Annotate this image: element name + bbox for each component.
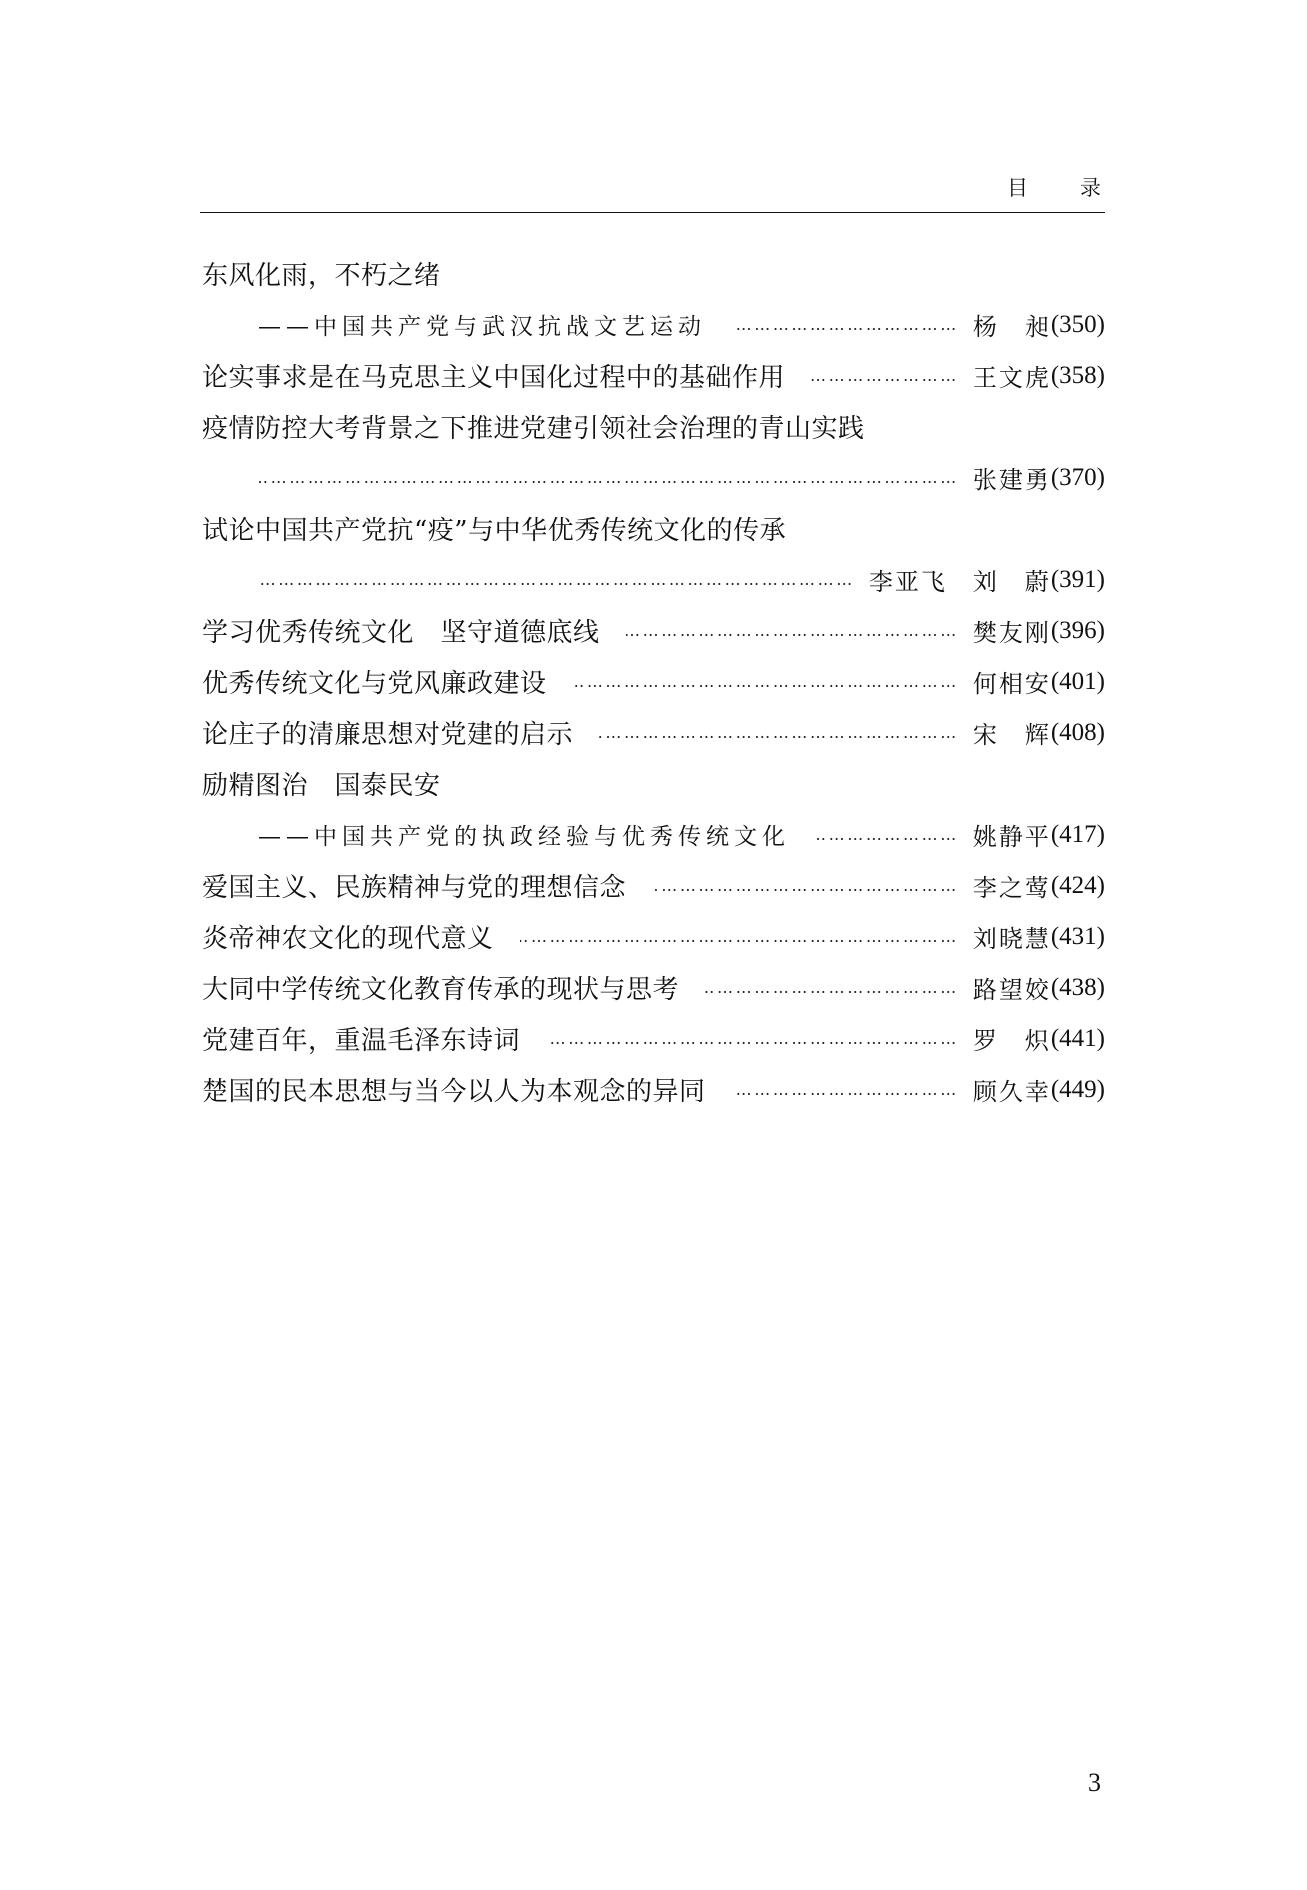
entry-title: 学习优秀传统文化 坚守道德底线 bbox=[202, 612, 600, 649]
page-number: 3 bbox=[1088, 1768, 1101, 1798]
entry-subtitle: ——中国共产党的执政经验与优秀传统文化 bbox=[202, 818, 790, 851]
running-header: 目录 bbox=[200, 168, 1105, 212]
toc-entry[interactable]: 论实事求是在马克思主义中国化过程中的基础作用 ……………………………………………… bbox=[202, 350, 1105, 401]
entry-author: 路望姣 bbox=[973, 970, 1051, 1005]
entry-author: 李亚飞 刘 蔚 bbox=[869, 562, 1051, 597]
toc-entry[interactable]: 学习优秀传统文化 坚守道德底线 ………………………………………………………………… bbox=[202, 605, 1105, 656]
leader-dots: …………………………………………………………………………………………………………… bbox=[626, 621, 959, 640]
entry-title: 疫情防控大考背景之下推进党建引领社会治理的青山实践 bbox=[202, 408, 865, 445]
entry-subtitle: ——中国共产党与武汉抗战文艺运动 bbox=[202, 308, 706, 341]
entry-page: (438) bbox=[1051, 974, 1105, 1002]
entry-page: (391) bbox=[1051, 566, 1105, 594]
toc-entry[interactable]: 党建百年，重温毛泽东诗词 ………………………………………………………………………… bbox=[202, 1013, 1105, 1064]
entry-author: 顾久幸 bbox=[973, 1072, 1051, 1107]
toc-entry[interactable]: ——中国共产党的执政经验与优秀传统文化 ……………………………………………………… bbox=[202, 809, 1105, 860]
table-of-contents: 东风化雨，不朽之绪 ——中国共产党与武汉抗战文艺运动 …………………………………… bbox=[202, 248, 1105, 1115]
header-rule bbox=[200, 212, 1105, 213]
entry-title: 励精图治 国泰民安 bbox=[202, 765, 441, 802]
entry-author: 张建勇 bbox=[973, 460, 1051, 495]
entry-author: 姚静平 bbox=[973, 817, 1051, 852]
entry-author: 何相安 bbox=[973, 664, 1051, 699]
entry-author: 李之莺 bbox=[973, 868, 1051, 903]
leader-dots: …………………………………………………………………………………………………………… bbox=[732, 315, 959, 334]
toc-entry[interactable]: 大同中学传统文化教育传承的现状与思考 ………………………………………………………… bbox=[202, 962, 1105, 1013]
entry-page: (408) bbox=[1051, 719, 1105, 747]
entry-title: 大同中学传统文化教育传承的现状与思考 bbox=[202, 969, 679, 1006]
entry-title: 楚国的民本思想与当今以人为本观念的异同 bbox=[202, 1071, 706, 1108]
entry-author: 宋 辉 bbox=[973, 715, 1051, 750]
leader-dots: …………………………………………………………………………………………………………… bbox=[732, 1080, 959, 1099]
toc-entry[interactable]: 优秀传统文化与党风廉政建设 ……………………………………………………………………… bbox=[202, 656, 1105, 707]
toc-entry[interactable]: 炎帝神农文化的现代意义 …………………………………………………………………………… bbox=[202, 911, 1105, 962]
entry-title: 优秀传统文化与党风廉政建设 bbox=[202, 663, 547, 700]
entry-author: 刘晓慧 bbox=[973, 919, 1051, 954]
header-title: 目录 bbox=[1007, 172, 1153, 202]
entry-title: 论庄子的清廉思想对党建的启示 bbox=[202, 714, 573, 751]
toc-entry-continuation[interactable]: …………………………………………………………………………………………………………… bbox=[202, 452, 1105, 503]
toc-entry[interactable]: 疫情防控大考背景之下推进党建引领社会治理的青山实践 bbox=[202, 401, 1105, 452]
entry-page: (401) bbox=[1051, 668, 1105, 696]
entry-page: (441) bbox=[1051, 1025, 1105, 1053]
entry-author: 樊友刚 bbox=[973, 613, 1051, 648]
entry-title: 炎帝神农文化的现代意义 bbox=[202, 918, 494, 955]
leader-dots: …………………………………………………………………………………………………………… bbox=[520, 927, 959, 946]
leader-dots: …………………………………………………………………………………………………………… bbox=[652, 876, 959, 895]
leader-dots: …………………………………………………………………………………………………………… bbox=[599, 723, 959, 742]
entry-page: (431) bbox=[1051, 923, 1105, 951]
leader-dots: …………………………………………………………………………………………………………… bbox=[811, 366, 959, 385]
entry-title: 论实事求是在马克思主义中国化过程中的基础作用 bbox=[202, 357, 785, 394]
leader-dots: …………………………………………………………………………………………………………… bbox=[258, 570, 855, 589]
entry-page: (396) bbox=[1051, 617, 1105, 645]
leader-dots: …………………………………………………………………………………………………………… bbox=[705, 978, 959, 997]
entry-author: 杨 昶 bbox=[973, 307, 1051, 342]
toc-entry[interactable]: 试论中国共产党抗“疫”与中华优秀传统文化的传承 bbox=[202, 503, 1105, 554]
entry-author: 王文虎 bbox=[973, 358, 1051, 393]
leader-dots: …………………………………………………………………………………………………………… bbox=[573, 672, 959, 691]
entry-title: 党建百年，重温毛泽东诗词 bbox=[202, 1020, 520, 1057]
leader-dots: …………………………………………………………………………………………………………… bbox=[546, 1029, 959, 1048]
toc-entry[interactable]: 东风化雨，不朽之绪 bbox=[202, 248, 1105, 299]
toc-entry[interactable]: 爱国主义、民族精神与党的理想信念 ……………………………………………………………… bbox=[202, 860, 1105, 911]
entry-page: (350) bbox=[1051, 311, 1105, 339]
leader-dots: …………………………………………………………………………………………………………… bbox=[258, 468, 959, 487]
toc-entry[interactable]: 励精图治 国泰民安 bbox=[202, 758, 1105, 809]
toc-entry-continuation[interactable]: …………………………………………………………………………………………………………… bbox=[202, 554, 1105, 605]
entry-page: (424) bbox=[1051, 872, 1105, 900]
leader-dots: …………………………………………………………………………………………………………… bbox=[816, 825, 959, 844]
toc-entry[interactable]: 楚国的民本思想与当今以人为本观念的异同 ……………………………………………………… bbox=[202, 1064, 1105, 1115]
entry-title: 试论中国共产党抗“疫”与中华优秀传统文化的传承 bbox=[202, 510, 786, 547]
entry-author: 罗 炽 bbox=[973, 1021, 1051, 1056]
entry-page: (449) bbox=[1051, 1076, 1105, 1104]
entry-page: (370) bbox=[1051, 464, 1105, 492]
entry-title: 爱国主义、民族精神与党的理想信念 bbox=[202, 867, 626, 904]
entry-page: (358) bbox=[1051, 362, 1105, 390]
toc-entry[interactable]: ——中国共产党与武汉抗战文艺运动 ……………………………………………………………… bbox=[202, 299, 1105, 350]
entry-page: (417) bbox=[1051, 821, 1105, 849]
entry-title: 东风化雨，不朽之绪 bbox=[202, 255, 441, 292]
toc-entry[interactable]: 论庄子的清廉思想对党建的启示 …………………………………………………………………… bbox=[202, 707, 1105, 758]
